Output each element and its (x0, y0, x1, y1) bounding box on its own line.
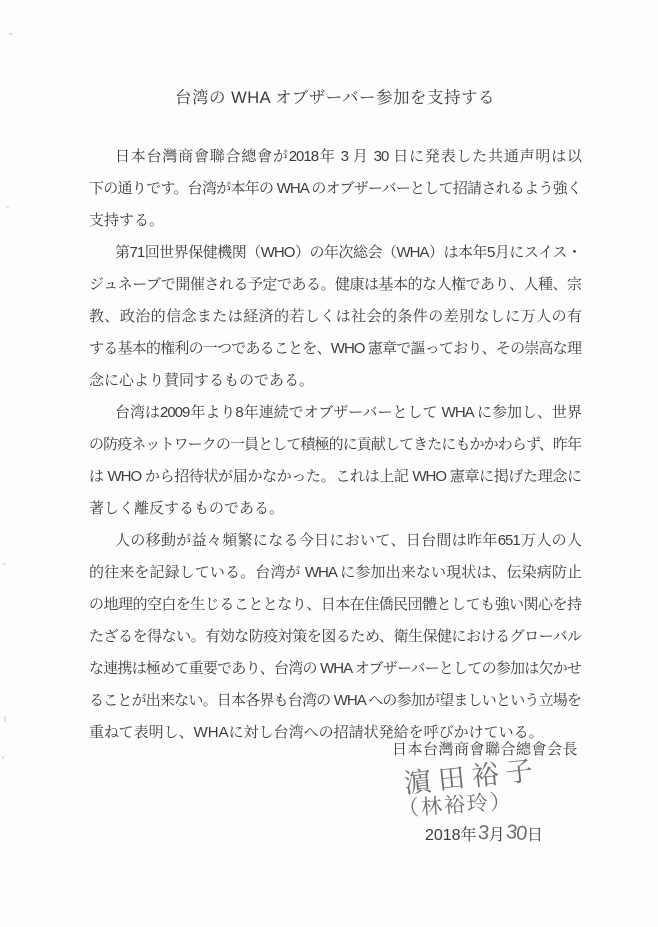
scan-speck (6, 206, 9, 208)
paragraph-2: 第71回世界保健機関（WHO）の年次総会（WHA）は本年5月にスイス・ ジュネー… (89, 237, 581, 397)
paragraph-3: 台湾は2009年より8年連続でオブザーバーとして WHA に参加し、世界 の防疫… (89, 397, 581, 525)
paragraph-1-line-3: 支持する。 (89, 205, 581, 237)
paragraph-3-line-3: は WHO から招待状が届かなかった。これは上記 WHO 憲章に掲げた理念に (89, 461, 581, 493)
paragraph-3-line-4: 著しく離反するものである。 (89, 493, 581, 525)
paragraph-4-line-5: な連携は極めて重要であり、台湾の WHA オブザーバーとしての参加は欠かせ (89, 653, 581, 685)
paragraph-4-line-3: の地理的空白を生じることとなり、日本在住僑民団體としても強い関心を持 (89, 589, 581, 621)
paragraph-3-line-1: 台湾は2009年より8年連続でオブザーバーとして WHA に参加し、世界 (89, 397, 581, 429)
paragraph-4-line-6: ることが出来ない。日本各界も台湾の WHA への参加が望ましいという立場を (89, 685, 581, 717)
signature-date: 2018年3月30日 (425, 822, 543, 846)
paragraph-1-line-1: 日本台灣商會聯合總會が2018年 3 月 30 日に発表した共通声明は以 (89, 141, 581, 173)
paragraph-4-line-2: 的往来を記録している。台湾が WHA に参加出来ない現状は、伝染病防止 (89, 557, 581, 589)
paragraph-2-line-2: ジュネーブで開催される予定である。健康は基本的な人権であり、人種、宗 (89, 269, 581, 301)
handwritten-month-digit: 3 (475, 820, 490, 845)
scan-speck (4, 716, 6, 722)
scan-speck (9, 33, 13, 35)
paragraph-3-line-2: の防疫ネットワークの一員として積極的に貢献してきたにもかかわらず、昨年 (89, 429, 581, 461)
paragraph-2-line-5: 念に心より賛同するものである。 (89, 365, 581, 397)
paragraph-1-line-2: 下の通りです。台湾が本年の WHA のオブザーバーとして招請されるよう強く (89, 173, 581, 205)
paragraph-1: 日本台灣商會聯合總會が2018年 3 月 30 日に発表した共通声明は以 下の通… (89, 141, 581, 237)
paragraph-4: 人の移動が益々頻繁になる今日において、日台間は昨年651万人の人 的往来を記録し… (89, 525, 581, 749)
date-day-label: 日 (527, 827, 543, 844)
document-title: 台湾の WHA オブザーバー参加を支持する (89, 84, 581, 108)
paragraph-4-line-4: たざるを得ない。有効な防疫対策を図るため、衛生保健におけるグローバル (89, 621, 581, 653)
scanned-document-page: 台湾の WHA オブザーバー参加を支持する 日本台灣商會聯合總會が2018年 3… (0, 0, 658, 927)
date-month-label: 月 (489, 827, 505, 844)
scan-speck (3, 563, 6, 565)
paragraph-2-line-4: する基本的権利の一つであることを、WHO 憲章で謳っており、その崇高な理 (89, 333, 581, 365)
scan-speck (2, 756, 4, 759)
paragraph-4-line-1: 人の移動が益々頻繁になる今日において、日台間は昨年651万人の人 (89, 525, 581, 557)
paragraph-2-line-3: 教、政治的信念または経済的若しくは社会的条件の差別なしに万人の有 (89, 301, 581, 333)
handwritten-day-digit: 30 (503, 820, 528, 847)
date-year-text: 2018年 (425, 827, 477, 844)
paragraph-2-line-1: 第71回世界保健機関（WHO）の年次総会（WHA）は本年5月にスイス・ (89, 237, 581, 269)
